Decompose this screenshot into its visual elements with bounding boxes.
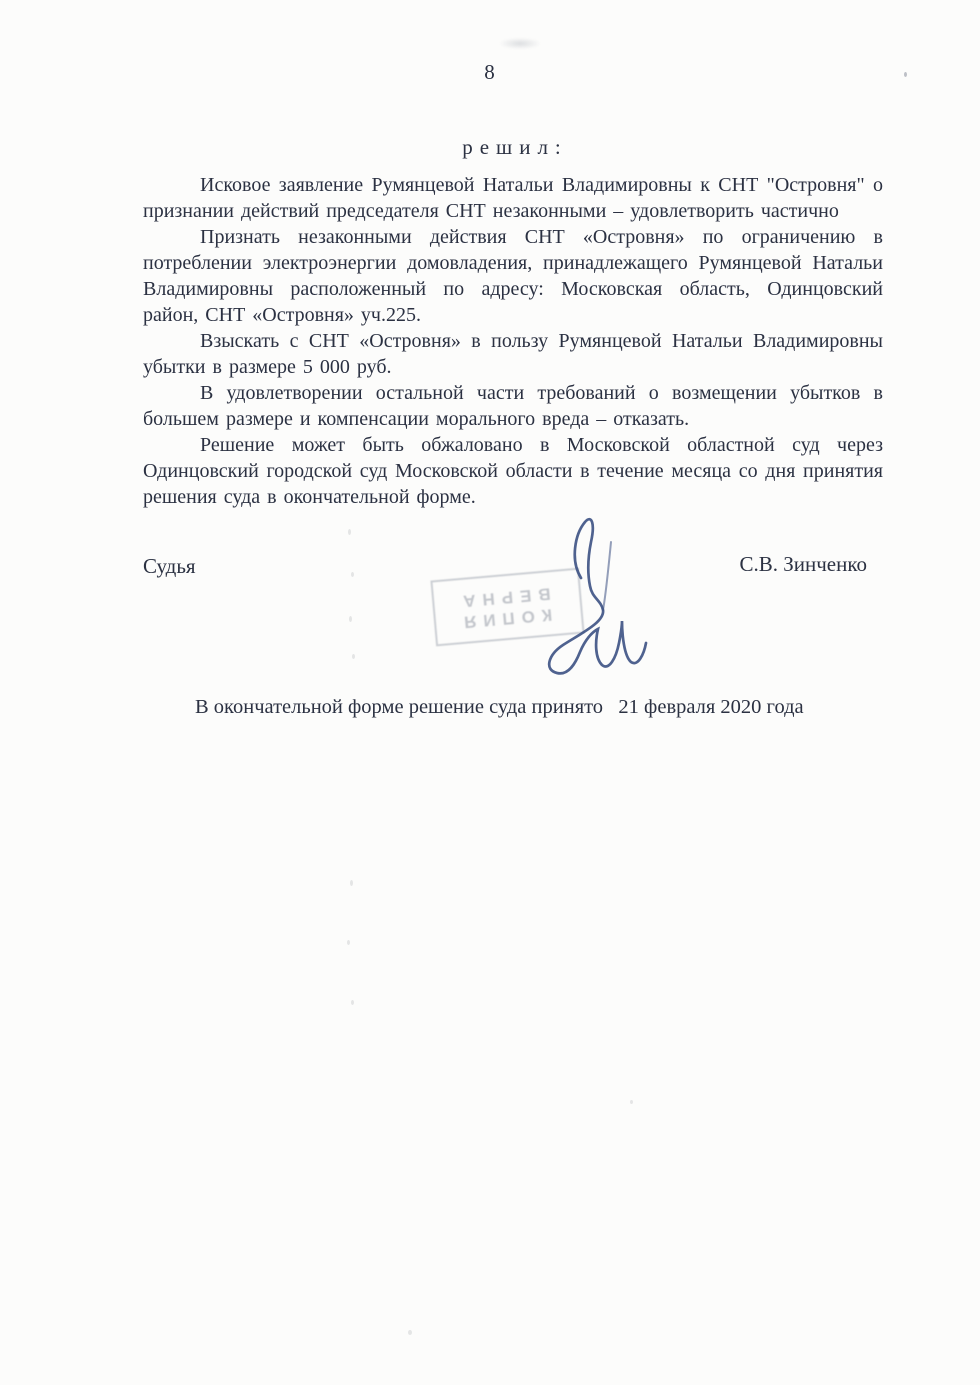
scan-artifact [350,880,353,886]
scan-artifact [408,1330,412,1335]
scan-artifact [352,654,355,659]
scan-artifact [630,1100,633,1104]
decision-body: Исковое заявление Румянцевой Натальи Вла… [143,172,883,510]
scanned-court-decision-page: 8 решил: Исковое заявление Румянцевой На… [0,0,980,1385]
scan-artifact [351,572,354,577]
scan-artifact [348,529,351,535]
paragraph-recognize-unlawful: Признать незаконными действия СНТ «Остро… [143,224,883,328]
scan-artifact [349,616,352,622]
judge-name: С.В. Зинченко [739,552,867,577]
signature-block: Судья С.В. Зинченко ВЕРНА КОПИЯ [0,524,980,682]
judge-label: Судья [143,554,196,579]
scan-artifact [351,1000,354,1005]
scan-artifact [904,72,907,77]
scan-artifact [347,940,350,945]
paragraph-recover-damages: Взыскать с СНТ «Островня» в пользу Румян… [143,328,883,380]
paragraph-deny-rest: В удовлетворении остальной части требова… [143,380,883,432]
scan-smudge [500,38,540,49]
judge-signature-ink [518,502,658,687]
paragraph-appeal-info: Решение может быть обжаловано в Московск… [143,432,883,510]
decision-heading: решил: [25,135,980,160]
paragraph-claim-result: Исковое заявление Румянцевой Натальи Вла… [143,172,883,224]
final-form-date-note: В окончательной форме решение суда приня… [195,696,883,719]
page-number: 8 [0,60,980,85]
